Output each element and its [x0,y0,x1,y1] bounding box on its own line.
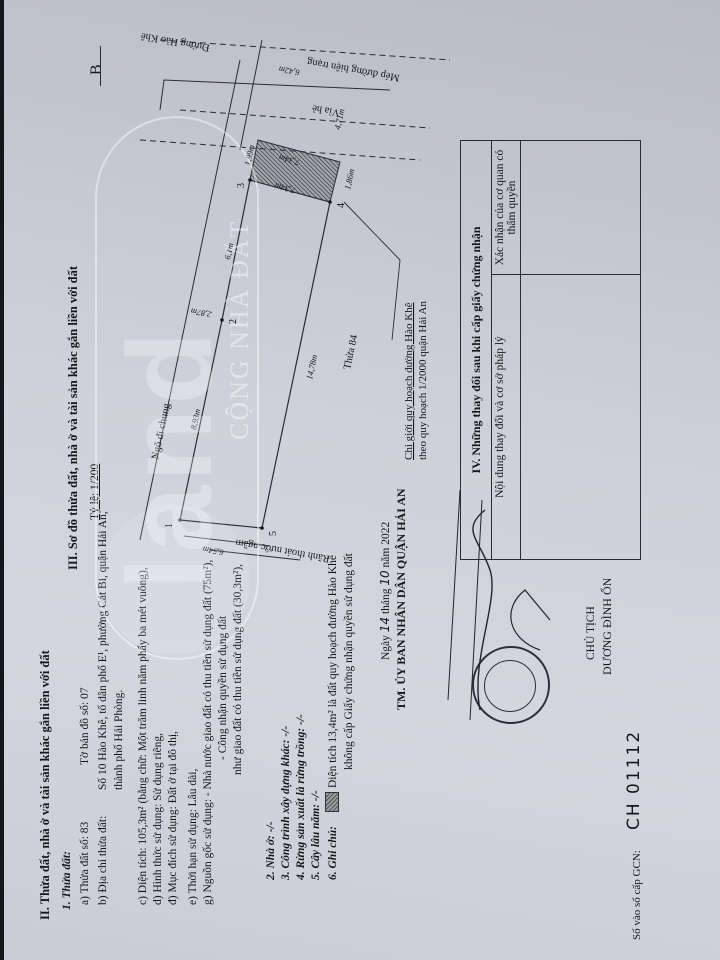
section4-title: IV. Những thay đổi sau khi cấp giấy chứn… [461,141,492,560]
photo-frame: II. Thửa đất, nhà ở và tài sản khác gắn … [0,0,720,960]
watermark-logo: land [110,327,230,590]
item-house: 2. Nhà ở: -/- [264,821,278,880]
note-line-1: Diện tích 13,4m² là đất quy hoạch đường … [326,555,340,788]
address-label: b) Địa chỉ thửa đất: [96,816,110,905]
item-note-label: 6. Ghi chú: [326,826,340,880]
item-other-construction: 3. Công trình xây dựng khác: -/- [279,726,293,880]
usage-form: d) Hình thức sử dụng: Sử dụng riêng, [151,733,165,905]
registry-label: Số vào sổ cấp GCN: [630,850,644,940]
sheet-marker: B [88,64,106,75]
label-parcel-84: Thửa 84 [342,333,360,370]
signer-title: CHỦ TỊCH [585,606,597,660]
signer-name: DƯƠNG ĐÌNH ỔN [600,578,615,675]
label-drain: Rãnh thoát nước ngầm [235,536,331,563]
registry-number: CH 01112 [624,730,644,830]
dim-4-edge: 1,86m [342,168,356,191]
planning-note-2: theo quy hoạch 1/2000 quận Hải An [417,301,429,460]
item-perennial: 5. Cây lâu năm: -/- [309,790,323,880]
address-line-2: thành phố Hải Phòng. [112,690,126,790]
dim-4-5: 14,78m [304,354,319,381]
label-hao-khe-road: Đường Hào Khê [140,30,211,53]
item-forest: 4. Rừng sản xuất là rừng trồng: -/- [294,714,308,880]
planning-note-1: Chỉ giới quy hoạch đường Hào Khê [403,302,415,460]
note-line-2: không cấp Giấy chứng nhận quyền sử dụng … [342,553,356,770]
map-sheet-number: Tờ bản đồ số: 07 [78,687,92,765]
watermark-subtitle: CỘNG NHÀ ĐẤT [225,220,255,440]
point-3: 3 [236,183,247,188]
changes-table: IV. Những thay đổi sau khi cấp giấy chứn… [460,140,641,560]
photo-background-edge [0,0,4,960]
hatched-swatch [325,792,339,812]
parcel-number: a) Thửa đất số: 83 [78,822,92,905]
confirm-empty-cell [521,141,641,275]
col-change-content: Nội dung thay đổi và cơ sở pháp lý [492,275,521,560]
usage-purpose: đ) Mục đích sử dụng: Đất ở tại đô thị, [166,731,180,905]
label-current-road-edge: Mép đường hiện trạng [306,56,401,83]
label-sidewalk: Vỉa hè [311,102,341,118]
col-authority-confirmation: Xác nhận của cơ quan có thẩm quyền [492,141,521,275]
point-4: 4 [336,203,347,208]
sheet-marker-line [100,46,101,86]
certificate-page: II. Thửa đất, nhà ở và tài sản khác gắn … [0,0,720,960]
section2-subtitle-parcel: 1. Thửa đất: [60,851,74,910]
section2-title: II. Thửa đất, nhà ở và tài sản khác gắn … [38,650,53,920]
sign-day: 14 [378,617,392,632]
dim-2-ngo: 2,87m [190,306,212,319]
dim-road: 6,42m [278,64,300,77]
usage-term: e) Thời hạn sử dụng: Lâu dài, [186,769,200,905]
changes-empty-cell [521,275,641,560]
section3-title: III. Sơ đồ thửa đất, nhà ở và tài sản kh… [66,266,81,570]
point-5: 5 [268,531,279,536]
